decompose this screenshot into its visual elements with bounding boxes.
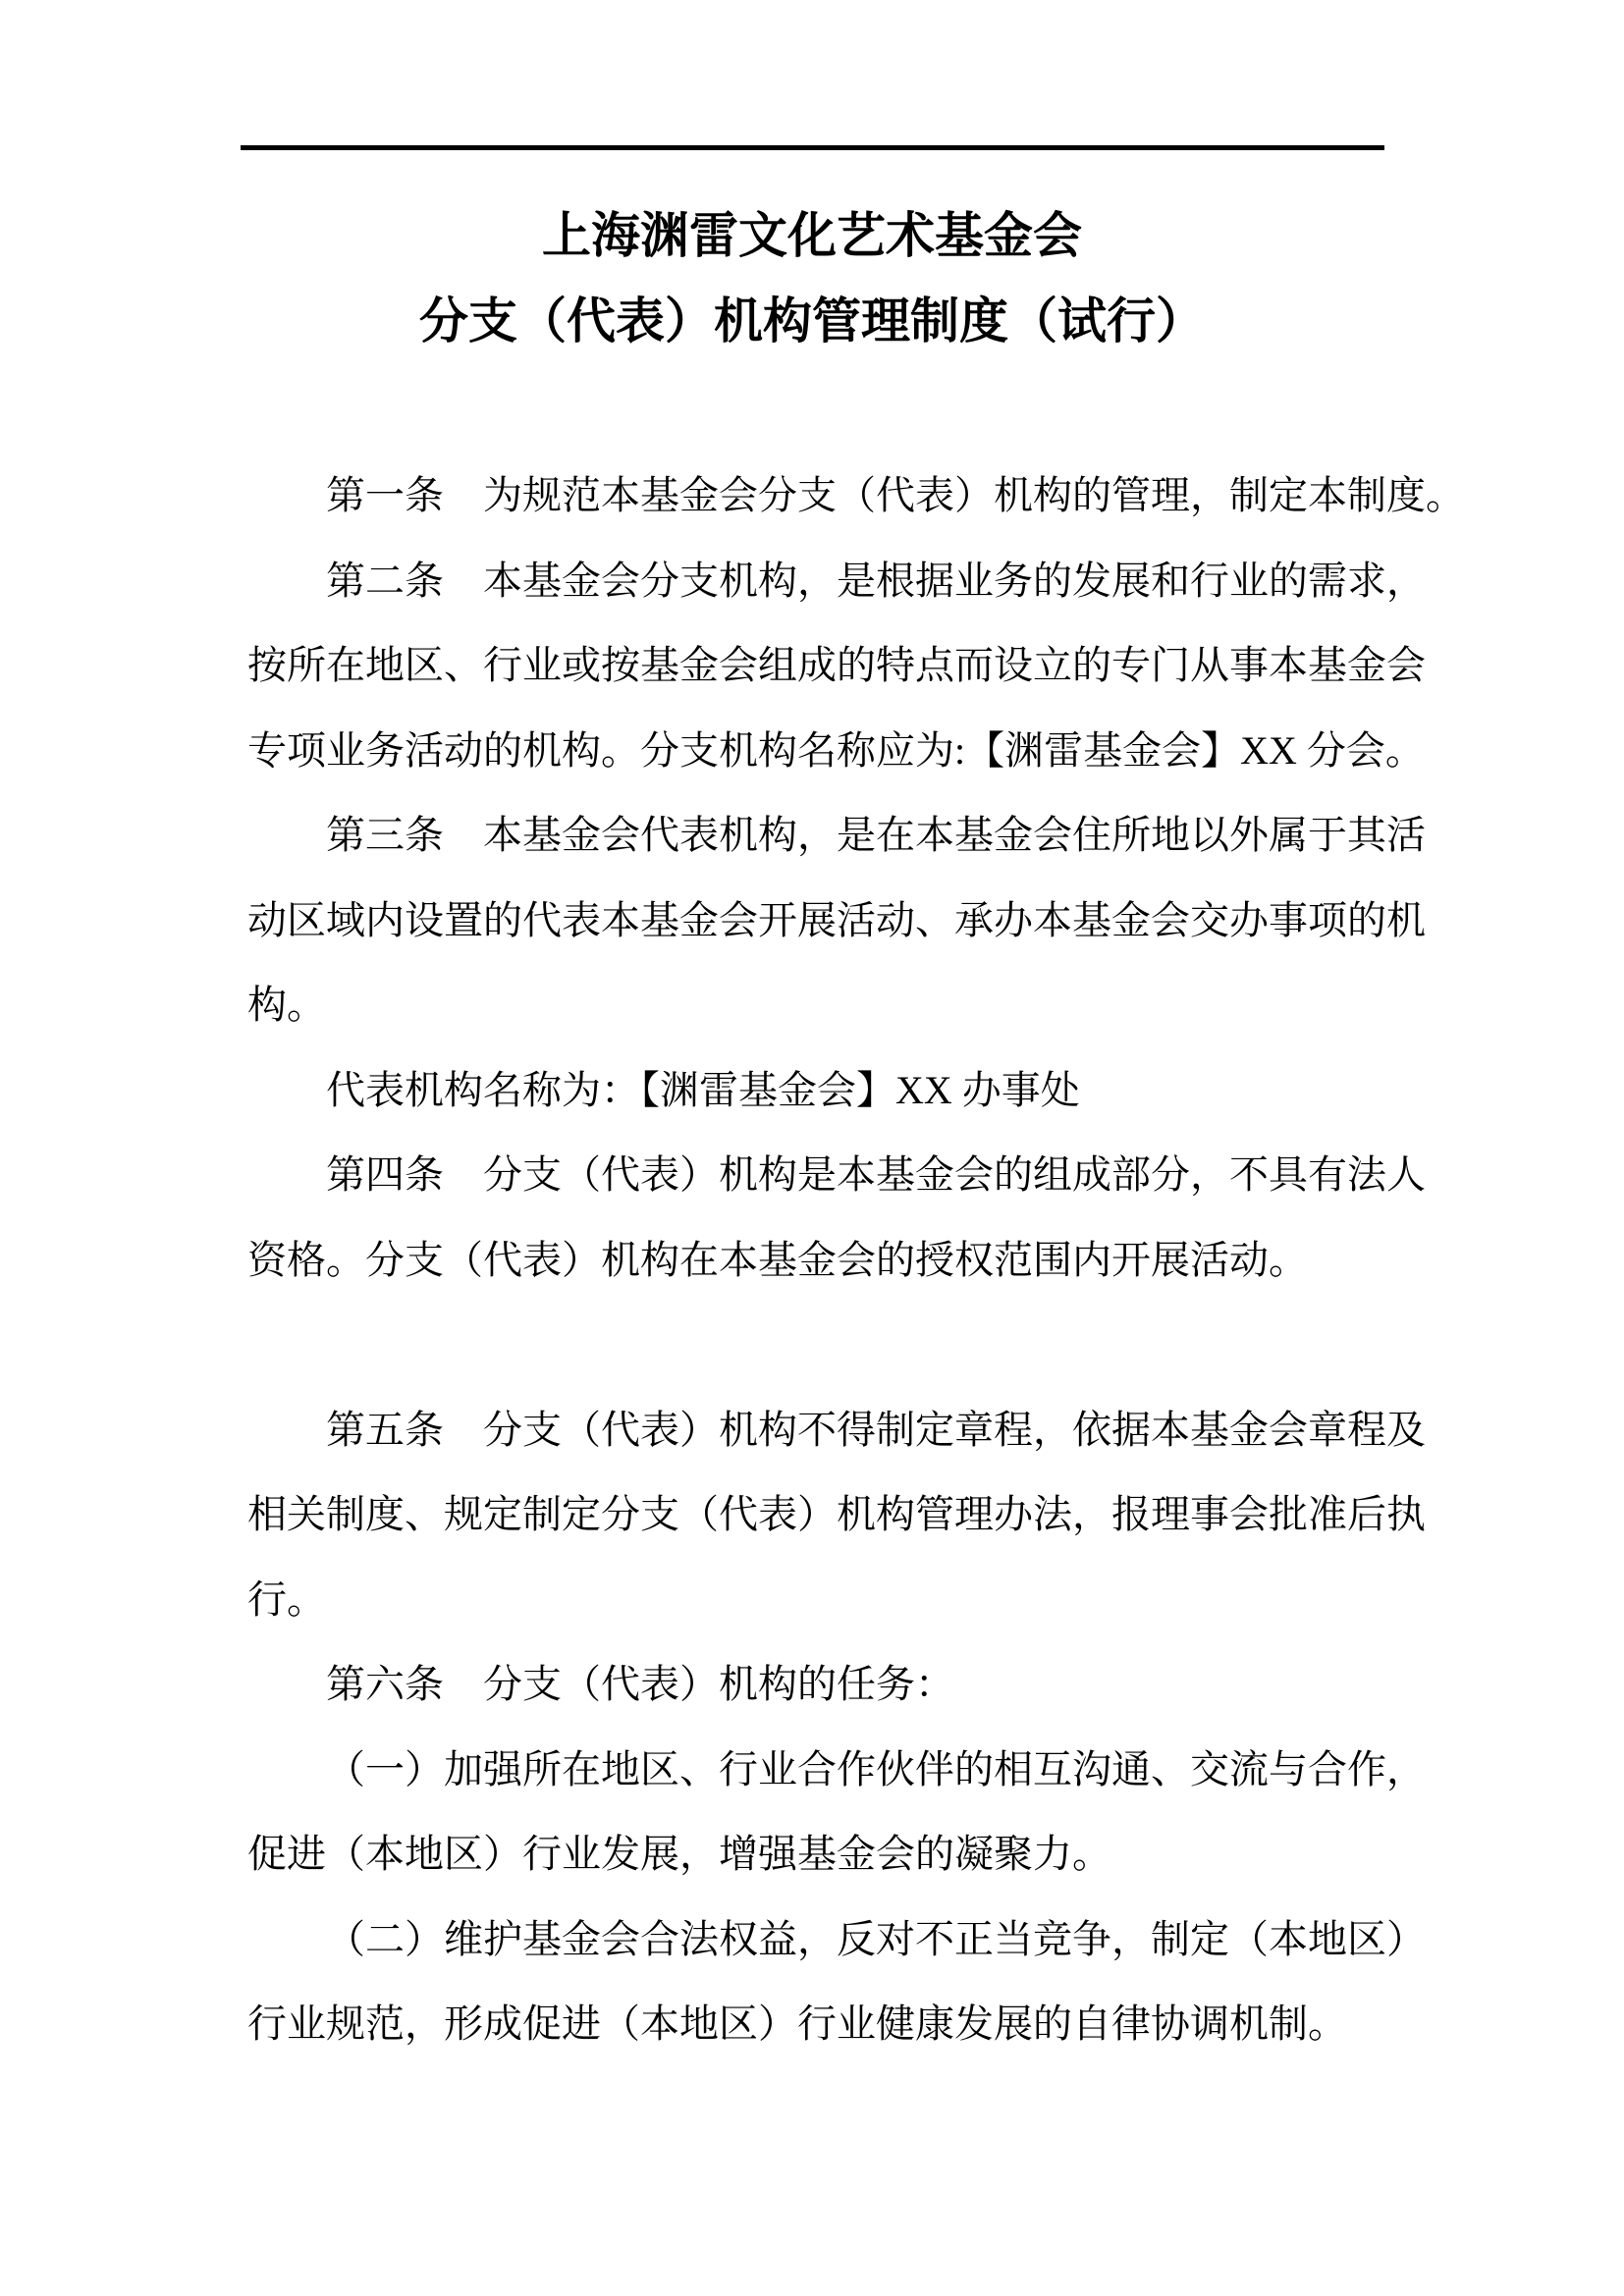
document-line: （二）维护基金会合法权益，反对不正当竞争，制定（本地区） [247, 1897, 1388, 1983]
header-rule [241, 145, 1384, 150]
document-title-line-2: 分支（代表）机构管理制度（试行） [0, 279, 1624, 364]
document-line: 资格。分支（代表）机构在本基金会的授权范围内开展活动。 [247, 1218, 1388, 1304]
document-line: 第三条 本基金会代表机构，是在本基金会住所地以外属于其活 [247, 793, 1388, 879]
document-line: 相关制度、规定制定分支（代表）机构管理办法，报理事会批准后执 [247, 1472, 1388, 1558]
document-line: 第一条 为规范本基金会分支（代表）机构的管理，制定本制度。 [247, 454, 1388, 539]
document-title-line-1: 上海渊雷文化艺术基金会 [0, 193, 1624, 279]
document-line: 第五条 分支（代表）机构不得制定章程，依据本基金会章程及 [247, 1388, 1388, 1473]
document-line: 第四条 分支（代表）机构是本基金会的组成部分，不具有法人 [247, 1133, 1388, 1218]
document-line: 构。 [247, 963, 1388, 1048]
document-line: 动区域内设置的代表本基金会开展活动、承办本基金会交办事项的机 [247, 879, 1388, 964]
document-line: （一）加强所在地区、行业合作伙伴的相互沟通、交流与合作， [247, 1728, 1388, 1813]
document-page: 上海渊雷文化艺术基金会 分支（代表）机构管理制度（试行） 第一条 为规范本基金会… [0, 0, 1624, 2296]
document-title: 上海渊雷文化艺术基金会 分支（代表）机构管理制度（试行） [0, 193, 1624, 364]
document-line: 第六条 分支（代表）机构的任务： [247, 1642, 1388, 1728]
document-line: 代表机构名称为：【渊雷基金会】XX 办事处 [247, 1048, 1388, 1134]
document-blank-line [247, 1303, 1388, 1388]
document-body: 第一条 为规范本基金会分支（代表）机构的管理，制定本制度。 第二条 本基金会分支… [247, 454, 1388, 2067]
document-line: 行。 [247, 1558, 1388, 1643]
document-line: 专项业务活动的机构。分支机构名称应为:【渊雷基金会】XX 分会。 [247, 709, 1388, 794]
document-line: 按所在地区、行业或按基金会组成的特点而设立的专门从事本基金会 [247, 623, 1388, 709]
document-line: 第二条 本基金会分支机构，是根据业务的发展和行业的需求， [247, 539, 1388, 624]
document-line: 促进（本地区）行业发展，增强基金会的凝聚力。 [247, 1812, 1388, 1897]
document-line: 行业规范，形成促进（本地区）行业健康发展的自律协调机制。 [247, 1982, 1388, 2067]
